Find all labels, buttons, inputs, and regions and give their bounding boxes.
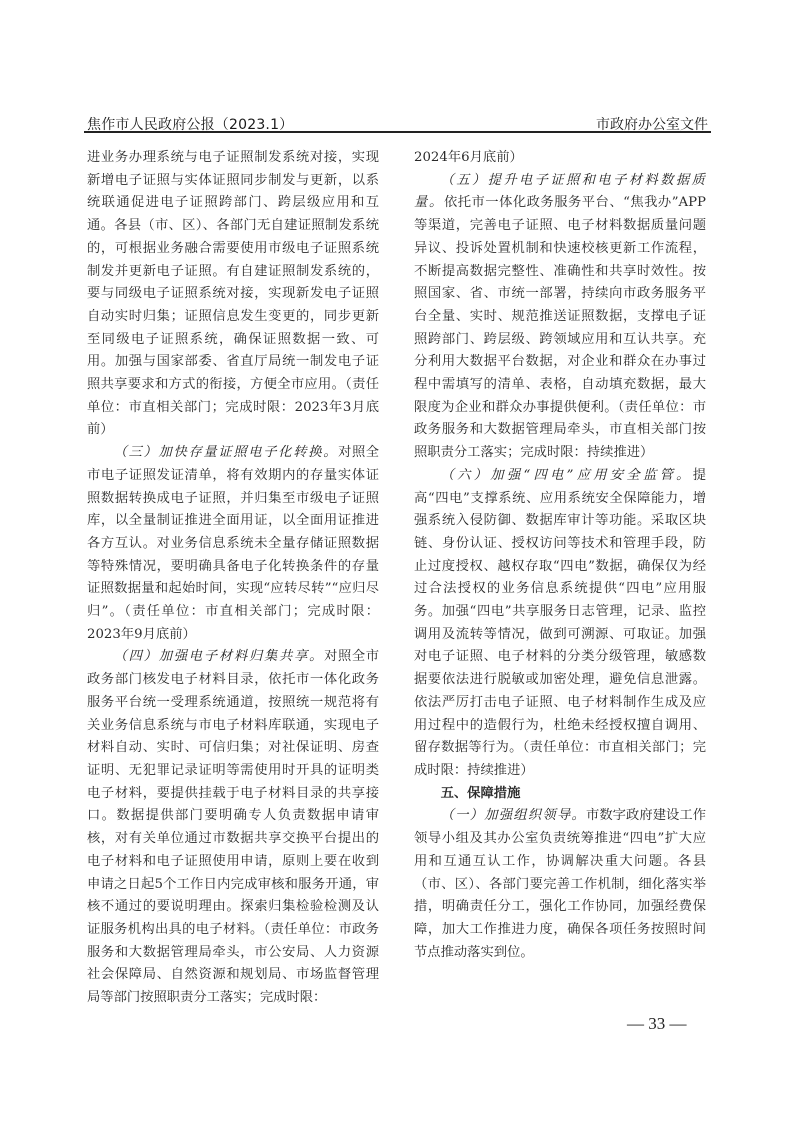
- right-column: 2024年6月底前） （五）提升电子证照和电子材料数据质量。依托市一体化政务服务…: [414, 147, 706, 964]
- subsection-heading: （一）加强组织领导。: [441, 808, 586, 823]
- paragraph-data-quality: （五）提升电子证照和电子材料数据质量。依托市一体化政务服务平台、“焦我办”APP…: [414, 170, 706, 465]
- subsection-heading: （三）加快存量证照电子化转换。: [114, 445, 339, 460]
- paragraph-body: 依托市一体化政务服务平台、“焦我办”APP等渠道，完善电子证照、电子材料数据质量…: [414, 195, 706, 460]
- paragraph-electronic-materials: （四）加强电子材料归集共享。对照全市政务部门核发电子材料目录，依托市一体化政务服…: [87, 646, 379, 1009]
- page-number: — 33 —: [627, 1014, 687, 1034]
- paragraph-body: 提高“四电”支撑系统、应用系统安全保障能力，增强系统入侵防御、数据库审计等功能。…: [414, 468, 706, 778]
- header-divider: [84, 131, 711, 133]
- paragraph-body: 市数字政府建设工作领导小组及其办公室负责统筹推进“四电”扩大应用和互通互认工作，…: [414, 808, 706, 959]
- subsection-heading: （四）加强电子材料归集共享。: [114, 649, 325, 664]
- paragraph-continuation: 2024年6月底前）: [414, 147, 706, 170]
- paragraph-continuation: 进业务办理系统与电子证照制发系统对接，实现新增电子证照与实体证照同步制发与更新，…: [87, 147, 379, 442]
- paragraph-security-supervision: （六）加强“四电”应用安全监管。提高“四电”支撑系统、应用系统安全保障能力，增强…: [414, 465, 706, 783]
- paragraph-body: 对照全市政务部门核发电子材料目录，依托市一体化政务服务平台统一受理系统通道，按照…: [87, 649, 379, 1005]
- page-header: 焦作市人民政府公报（2023.1） 市政府办公室文件: [84, 110, 710, 132]
- subsection-heading: （六）加强“四电”应用安全监管。: [441, 468, 693, 483]
- left-column: 进业务办理系统与电子证照制发系统对接，实现新增电子证照与实体证照同步制发与更新，…: [87, 147, 379, 1010]
- section-title: 五、保障措施: [414, 783, 706, 806]
- paragraph-stock-license-conversion: （三）加快存量证照电子化转换。对照全市电子证照发证清单，将有效期内的存量实体证照…: [87, 442, 379, 646]
- paragraph-body: 对照全市电子证照发证清单，将有效期内的存量实体证照数据转换成电子证照，并归集至市…: [87, 445, 379, 642]
- paragraph-organization-leadership: （一）加强组织领导。市数字政府建设工作领导小组及其办公室负责统筹推进“四电”扩大…: [414, 805, 706, 964]
